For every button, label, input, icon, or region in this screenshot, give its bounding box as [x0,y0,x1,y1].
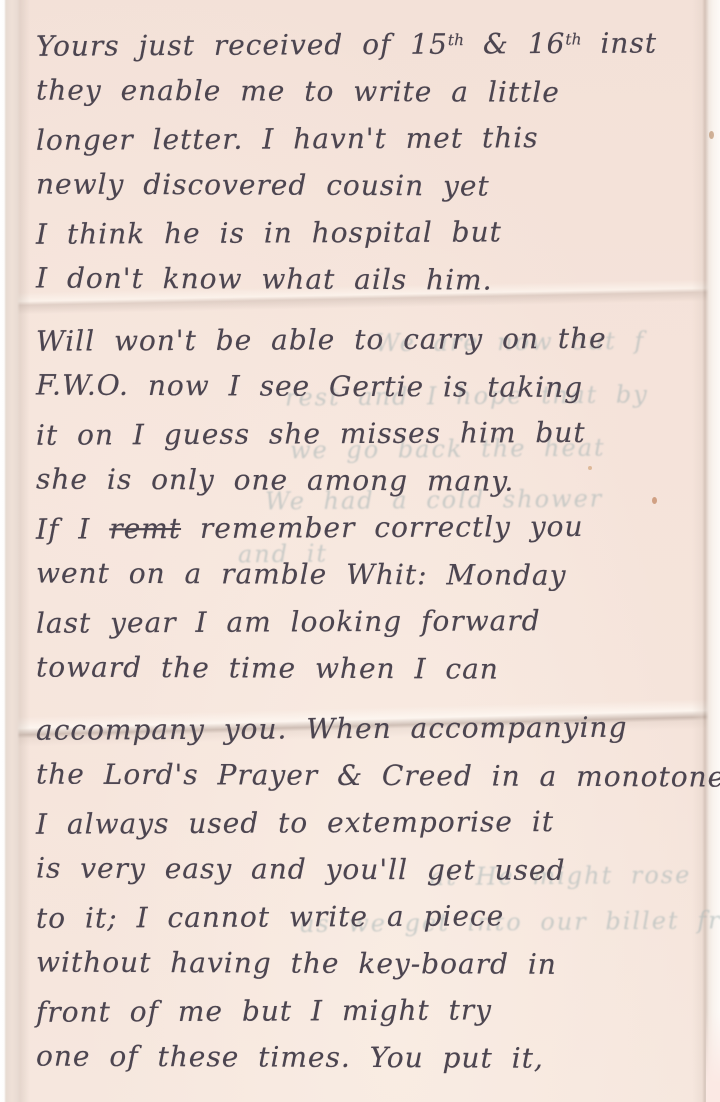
letter-line: last year I am looking forward [36,603,706,654]
letter-text-segment: went on a ramble Whit: Monday [36,557,567,592]
letter-text-segment: longer letter. I havn't met this [36,121,539,157]
letter-line: she is only one among many. [36,463,706,513]
letter-text-segment: If I [36,512,109,545]
letter-text-segment: newly discovered cousin yet [36,168,490,203]
letter-line: it on I guess she misses him but [36,415,706,466]
letter-text-segment: & 16 [464,27,566,61]
letter-text-segment: is very easy and you'll get used [36,852,566,887]
letter-text-segment: I think he is in hospital but [36,215,502,250]
letter-text-segment: Will won't be able to carry on the [36,322,607,358]
letter-text-segment: last year I am looking forward [36,604,541,640]
letter-line: one of these times. You put it, [36,1040,706,1090]
letter-line: accompany you. When accompanying [36,710,706,761]
letter-text-segment: I don't know what ails him. [36,262,493,297]
letter-text-segment: it on I guess she misses him but [36,416,586,452]
letter-text-segment: remember correctly you [181,510,584,545]
letter-text-segment: th [448,31,464,49]
letter-line: longer letter. I havn't met this [36,120,706,171]
letter-line: the Lord's Prayer & Creed in a monotone [36,758,706,808]
letter-text-segment: they enable me to write a little [36,74,560,109]
letter-line: went on a ramble Whit: Monday [36,557,706,607]
letter-scan: We are now out frest and I hope that byw… [0,0,720,1102]
letter-line: Will won't be able to carry on the [36,321,706,372]
letter-text-segment: accompany you. When accompanying [36,711,628,747]
letter-line: without having the key-board in [36,946,706,996]
letter-line: I think he is in hospital but [36,214,706,265]
letter-text-segment: F.W.O. now I see Gertie is taking [36,369,583,404]
letter-line: Yours just received of 15th & 16th inst [36,26,706,77]
letter-line: is very easy and you'll get used [36,852,706,902]
letter-text-segment: Yours just received of 15 [36,28,448,63]
letter-text-segment: front of me but I might try [36,993,492,1028]
letter-text-segment: she is only one among many. [36,463,514,498]
rust-speck [652,497,657,504]
letter-line: front of me but I might try [36,992,706,1043]
letter-line: I always used to extemporise it [36,804,706,855]
letter-text-segment: the Lord's Prayer & Creed in a monotone [36,758,720,794]
letter-text-segment: one of these times. You put it, [36,1040,544,1075]
crossed-out-word: remt [109,512,181,545]
letter-line: to it; I cannot write a piece [36,898,706,949]
letter-line: they enable me to write a little [36,74,706,124]
letter-line: I don't know what ails him. [36,262,706,312]
letter-text-segment: without having the key-board in [36,946,557,981]
rust-speck [588,466,592,470]
letter-line: If I remt remember correctly you [36,509,706,560]
rust-speck [709,131,714,139]
letter-text: Yours just received of 15th & 16th instt… [0,0,720,1088]
letter-text-segment: to it; I cannot write a piece [36,899,504,934]
letter-text-segment: inst [581,27,657,60]
letter-line: newly discovered cousin yet [36,168,706,218]
letter-text-segment: I always used to extemporise it [36,805,554,841]
letter-line: toward the time when I can [36,651,706,701]
letter-line: F.W.O. now I see Gertie is taking [36,369,706,419]
letter-text-segment: th [565,30,581,48]
letter-text-segment: toward the time when I can [36,651,499,686]
